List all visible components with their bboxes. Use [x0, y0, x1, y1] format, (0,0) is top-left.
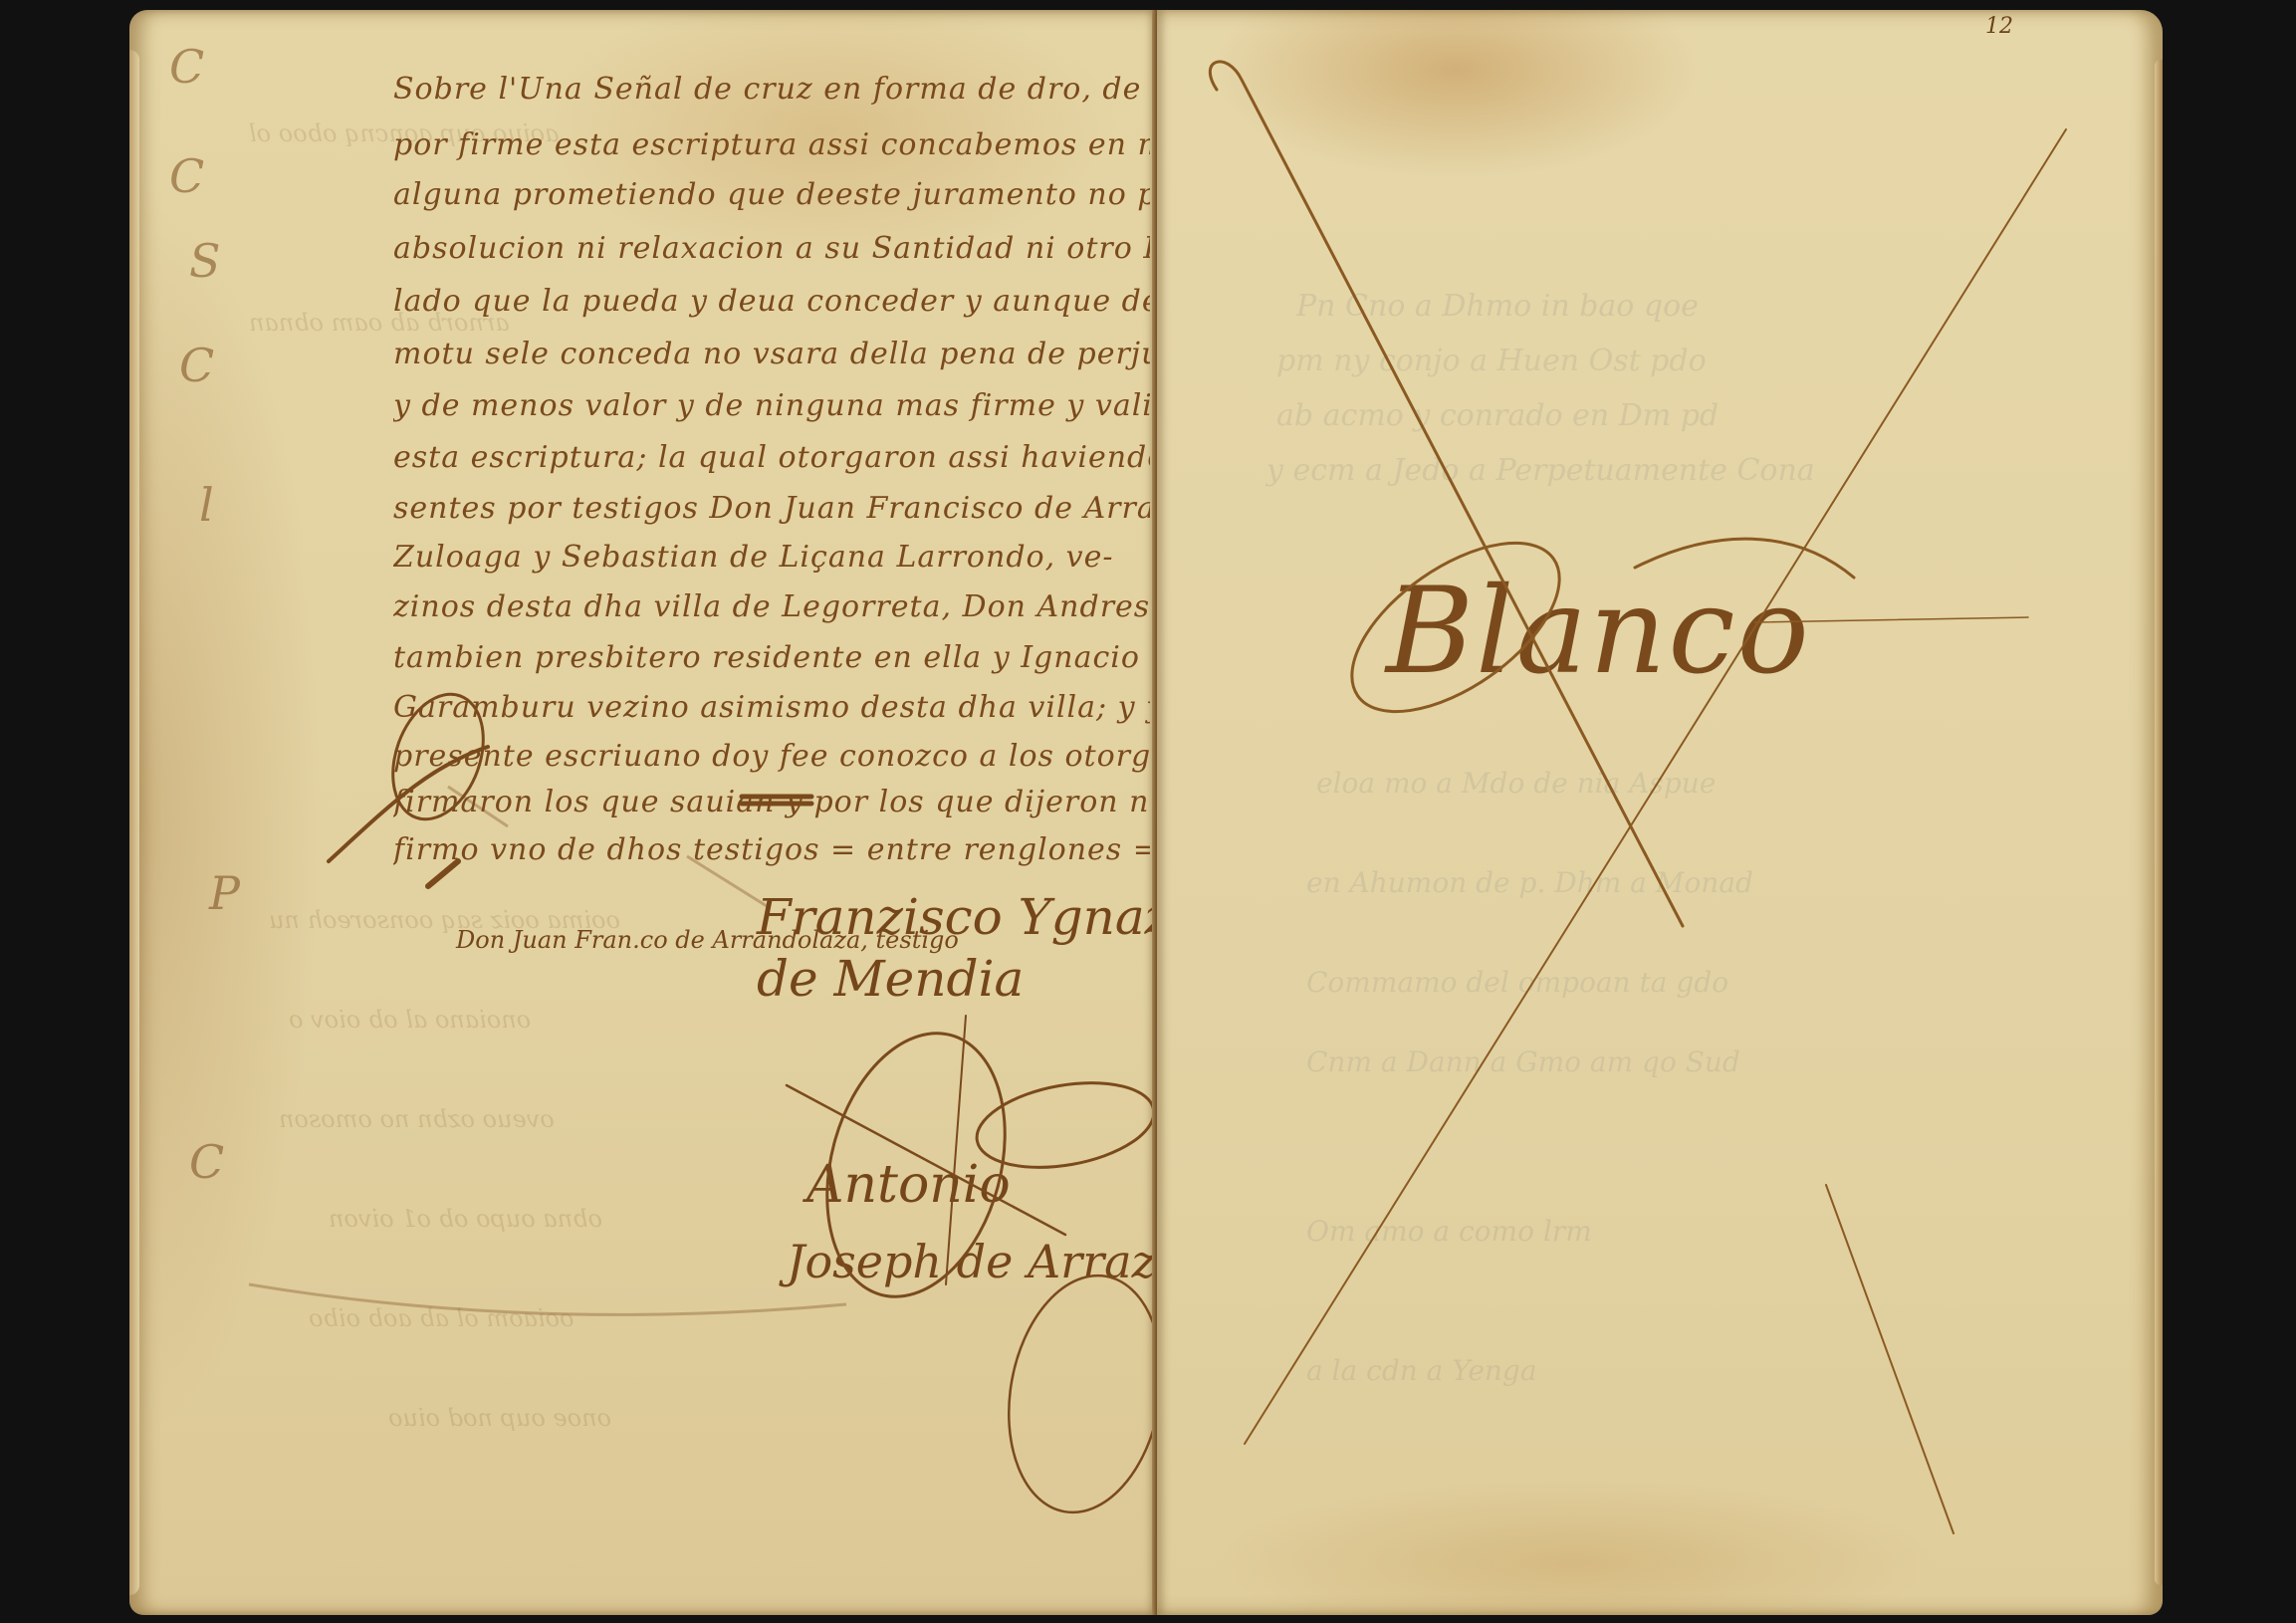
cross-out-lines	[1157, 10, 2163, 1615]
left-page: C C S C l P C aoiuo oup aoncnq oboo ol a…	[129, 10, 1157, 1615]
signature-flourishes	[129, 10, 1157, 1615]
right-page: 12 Pn Cno a Dhmo in bao qoe pm ny conjo …	[1157, 10, 2163, 1615]
manuscript-spread: C C S C l P C aoiuo oup aoncnq oboo ol a…	[129, 10, 2166, 1615]
